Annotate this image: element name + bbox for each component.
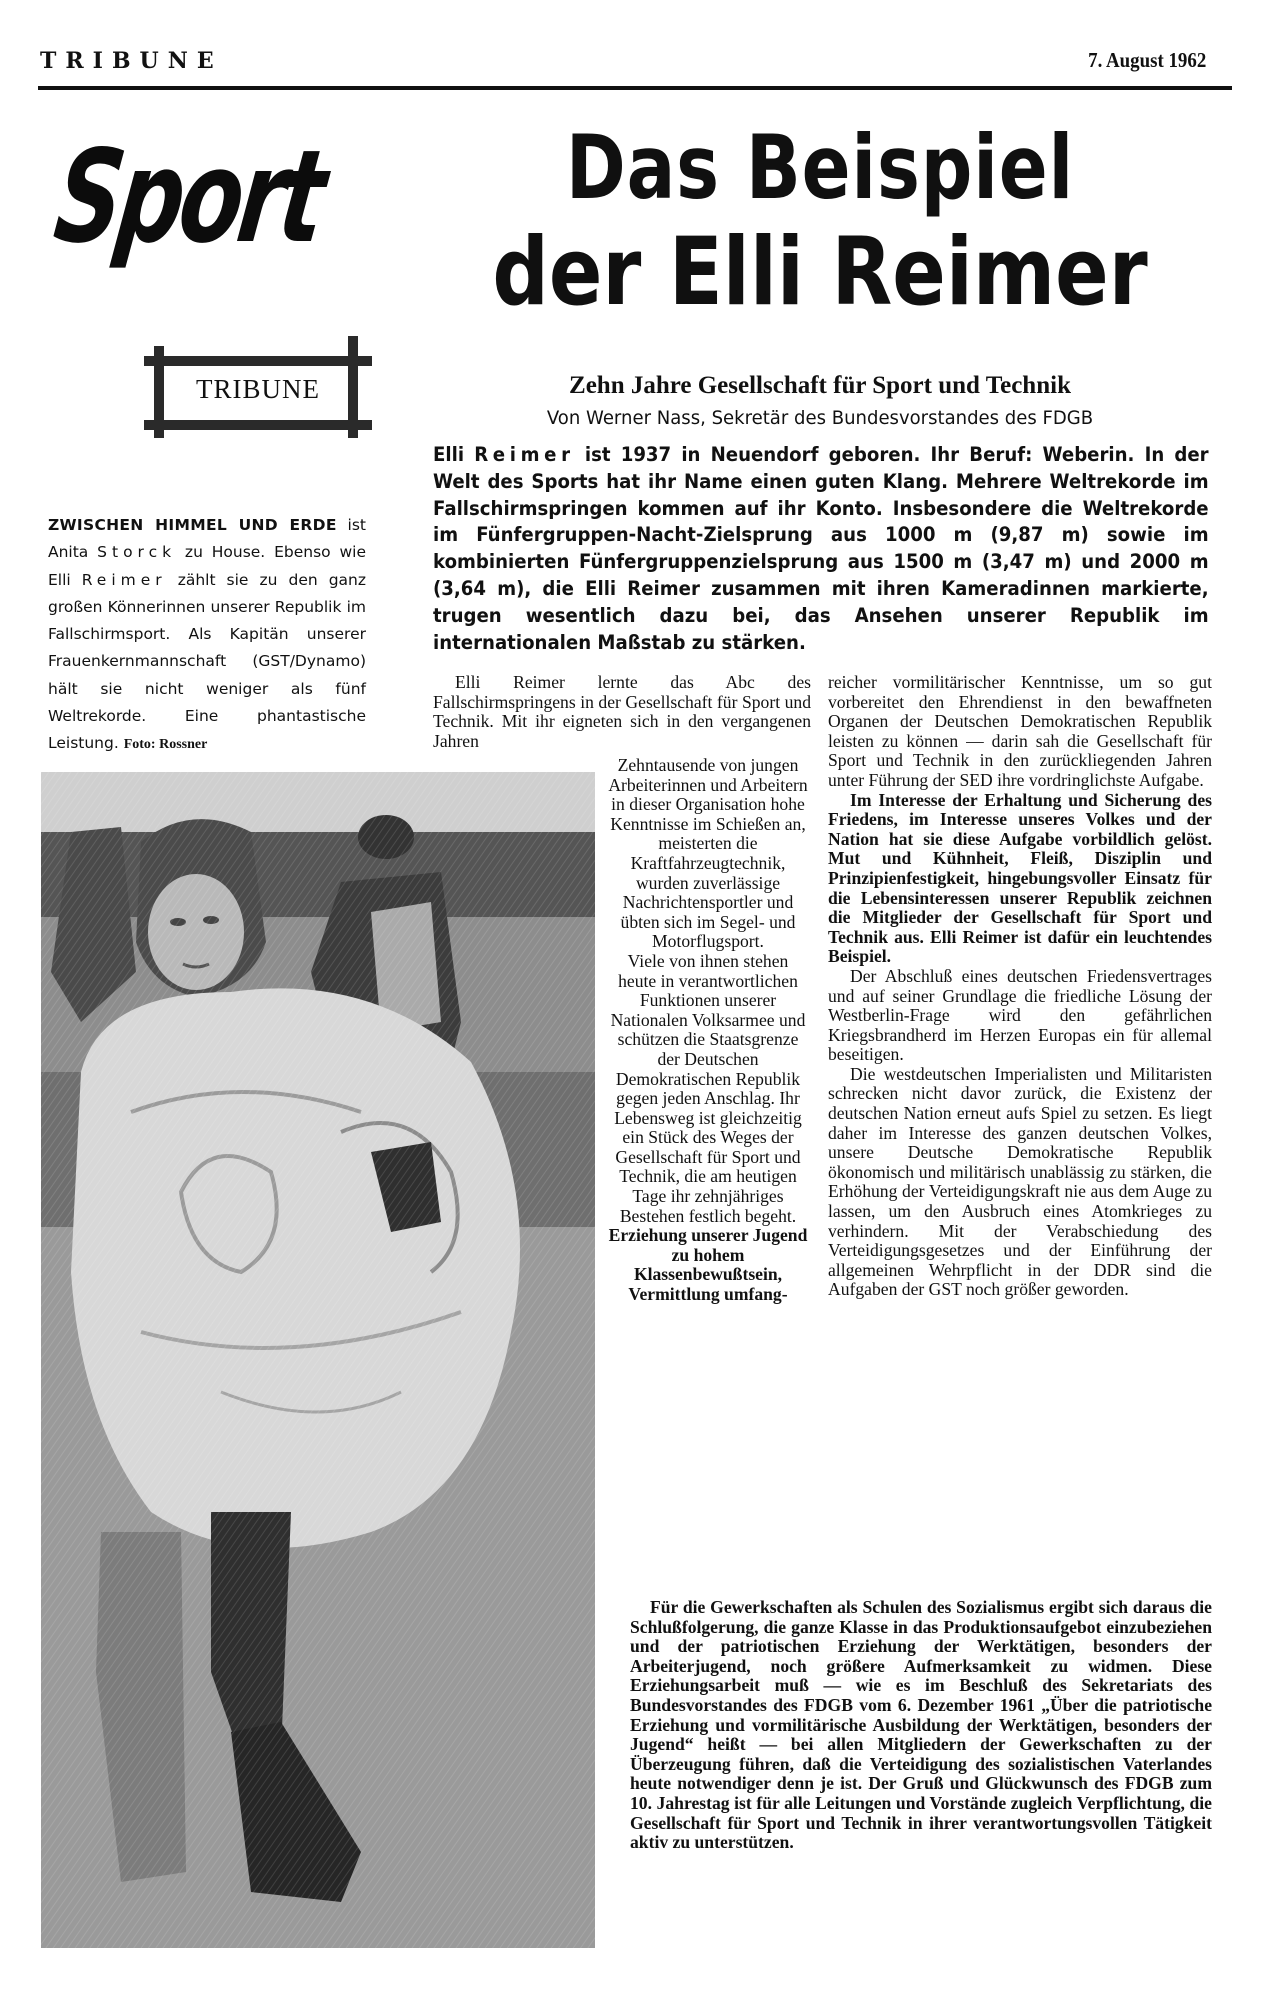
issue-date: 7. August 1962 <box>1088 48 1206 73</box>
lead-name-last: Reimer <box>474 443 575 466</box>
sport-logo-word: Sport <box>49 134 329 262</box>
parachutist-photo <box>41 772 595 1948</box>
body-paragraph: Elli Reimer lernte das Abc des Fallschir… <box>433 673 811 751</box>
closing-paragraph: Für die Gewerkschaften als Schulen des S… <box>630 1598 1212 1853</box>
tribune-frame: TRIBUNE <box>150 350 365 430</box>
body-col2: reicher vormilitärischer Kenntnisse, um … <box>828 673 1212 1300</box>
caption-name: Reimer <box>82 571 167 589</box>
sport-tribune-logo: Sport TRIBUNE <box>55 140 355 340</box>
body-paragraph: Die westdeutschen Imperialisten und Mili… <box>828 1065 1212 1300</box>
subheadline: Zehn Jahre Gesellschaft für Sport und Te… <box>425 372 1215 400</box>
body-paragraph: Viele von ihnen stehen heute in verantwo… <box>608 952 808 1226</box>
body-paragraph: Erziehung unserer Jugend zu hohem Klasse… <box>608 1226 808 1304</box>
newspaper-name: TRIBUNE <box>40 48 223 74</box>
body-paragraph: Zehntausende von jungen Arbeiterinnen un… <box>608 756 808 952</box>
lead-text: ist 1937 in Neuendorf geboren. Ihr Beruf… <box>433 443 1209 654</box>
headline: Das Beispiel der Elli Reimer <box>425 118 1215 328</box>
body-col1-intro: Elli Reimer lernte das Abc des Fallschir… <box>433 673 811 751</box>
body-paragraph-bold: Im Interesse der Erhaltung und Sicherung… <box>828 791 1212 967</box>
photo-credit: Foto: Rossner <box>124 737 208 752</box>
caption-text: zählt sie zu den ganz großen Könnerinnen… <box>48 571 366 753</box>
closing-text: Für die Gewerkschaften als Schulen des S… <box>630 1598 1212 1853</box>
lead-paragraph: Elli Reimer ist 1937 in Neuendorf gebore… <box>433 442 1209 656</box>
body-paragraph: reicher vormilitärischer Kenntnisse, um … <box>828 673 1212 791</box>
caption-name: Storck <box>97 543 176 561</box>
body-paragraph: Der Abschluß eines deutschen Friedensver… <box>828 967 1212 1065</box>
body-col1-narrow: Zehntausende von jungen Arbeiterinnen un… <box>608 756 808 1305</box>
lead-name-first: Elli <box>433 443 474 466</box>
headline-line-2: der Elli Reimer <box>488 218 1152 328</box>
photo-illustration <box>41 772 595 1948</box>
masthead-rule <box>38 86 1232 90</box>
photo-caption: ZWISCHEN HIMMEL UND ERDE ist Anita Storc… <box>48 512 366 759</box>
caption-lead-caps: ZWISCHEN HIMMEL UND ERDE <box>48 516 337 534</box>
byline: Von Werner Nass, Sekretär des Bundesvors… <box>445 407 1196 429</box>
tribune-frame-label: TRIBUNE <box>172 374 344 405</box>
headline-line-1: Das Beispiel <box>496 118 1144 218</box>
